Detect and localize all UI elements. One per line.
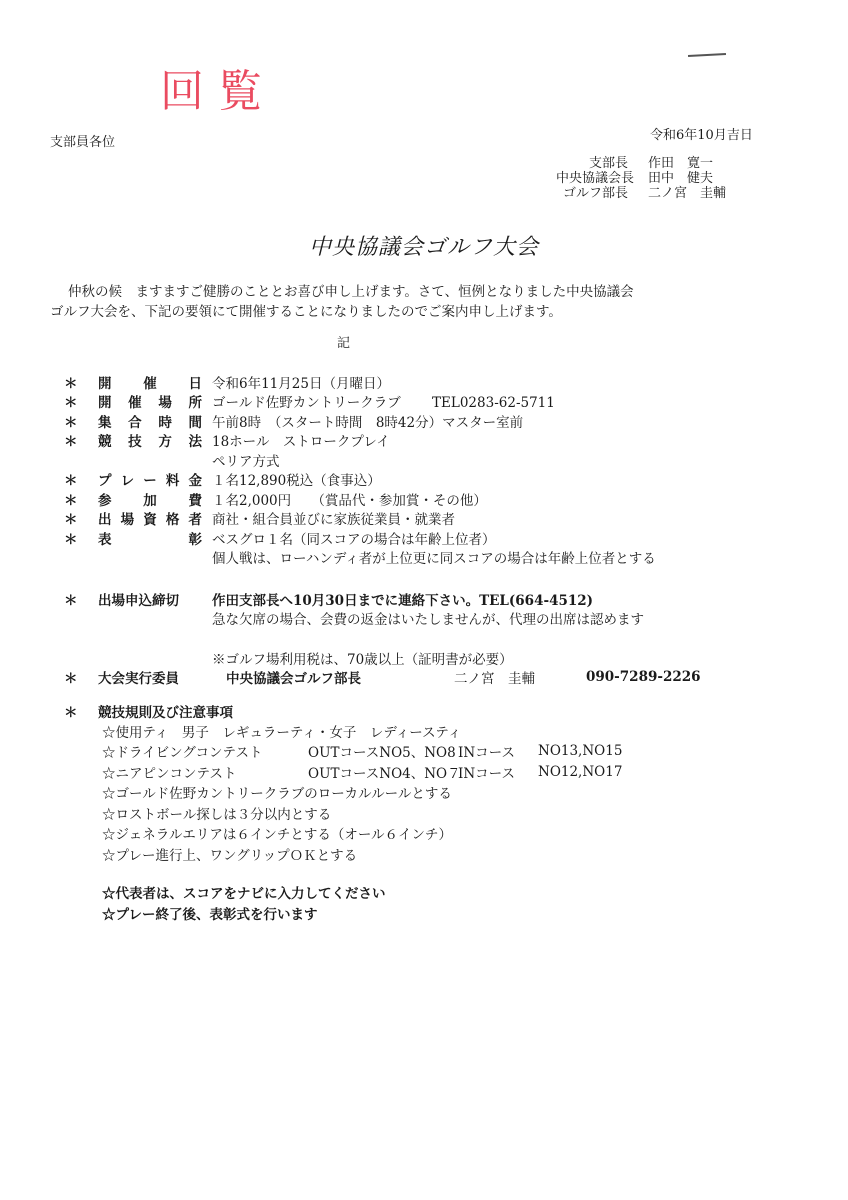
rule-item: ☆使用ティ 男子 レギュラーティ・女子 レディースティ xyxy=(102,721,701,742)
detail-row-format-cont: ペリア方式 xyxy=(64,450,701,470)
pen-mark xyxy=(688,53,726,57)
rule-item: ☆ロストボール探しは３分以内とする xyxy=(102,803,701,824)
detail-row-eligibility: ＊ 出場資格者 商社・組合員並びに家族従業員・就業者 xyxy=(64,509,701,529)
detail-label: 出場資格者 xyxy=(98,508,202,528)
detail-value: ゴールド佐野カントリークラブ TEL0283-62-5711 xyxy=(212,391,555,411)
asterisk-marker: ＊ xyxy=(64,667,98,687)
detail-value: 18ホール ストロークプレイ xyxy=(212,430,390,450)
closing-notes: ☆代表者は、スコアをナビに入力してください ☆プレー終了後、表彰式を行います xyxy=(64,882,701,923)
detail-row-date: ＊ 開催日 令和6年11月25日（月曜日） xyxy=(64,372,701,392)
asterisk-marker: ＊ xyxy=(64,372,98,392)
rule-item: ☆ジェネラルエリアは６インチとする（オール６インチ） xyxy=(102,823,701,844)
detail-label: 競技方法 xyxy=(98,430,202,450)
detail-label: 開催場所 xyxy=(98,391,202,411)
detail-row-committee: ＊ 大会実行委員 中央協議会ゴルフ部長 二ノ宮 圭輔 090-7289-2226 xyxy=(64,668,701,688)
detail-label: 参加費 xyxy=(98,489,202,509)
circulation-stamp: 回覧 xyxy=(160,55,276,119)
rules-heading: 競技規則及び注意事項 xyxy=(98,701,233,721)
detail-row-venue: ＊ 開催場所 ゴールド佐野カントリークラブ TEL0283-62-5711 xyxy=(64,392,701,412)
signer-name: 作田 寛一 xyxy=(648,156,713,171)
detail-label: プレー料金 xyxy=(98,469,202,489)
asterisk-marker: ＊ xyxy=(64,430,98,450)
rules-list: ☆使用ティ 男子 レギュラーティ・女子 レディースティ ☆ドライビングコンテスト… xyxy=(64,721,701,865)
detail-value: １名2,000円 （賞品代・参加賞・その他） xyxy=(212,489,487,509)
note-item: ☆プレー終了後、表彰式を行います xyxy=(102,903,701,924)
detail-row-entry-fee: ＊ 参加費 １名2,000円 （賞品代・参加賞・その他） xyxy=(64,489,701,509)
detail-row-deadline-cont: 急な欠席の場合、会費の返金はいたしませんが、代理の出席は認めます xyxy=(64,609,701,629)
signers: 支部長 作田 寛一 中央協議会長 田中 健夫 ゴルフ部長 二ノ宮 圭輔 xyxy=(556,156,726,201)
rules-heading-row: ＊ 競技規則及び注意事項 xyxy=(64,701,701,721)
committee-phone: 090-7289-2226 xyxy=(586,669,701,685)
signer-name: 二ノ宮 圭輔 xyxy=(648,186,726,201)
asterisk-marker: ＊ xyxy=(64,701,98,721)
asterisk-marker: ＊ xyxy=(64,391,98,411)
asterisk-marker: ＊ xyxy=(64,508,98,528)
committee-role: 中央協議会ゴルフ部長 xyxy=(212,667,454,687)
detail-row-format: ＊ 競技方法 18ホール ストロークプレイ xyxy=(64,431,701,451)
detail-row-awards-cont: 個人戦は、ローハンディ者が上位更に同スコアの場合は年齢上位者とする xyxy=(64,548,701,568)
tax-note: ※ゴルフ場利用税は、70歳以上（証明書が必要） xyxy=(212,648,513,668)
rule-item: ☆ゴールド佐野カントリークラブのローカルルールとする xyxy=(102,782,701,803)
event-details: ＊ 開催日 令和6年11月25日（月曜日） ＊ 開催場所 ゴールド佐野カントリー… xyxy=(64,372,701,923)
document-title: 中央協議会ゴルフ大会 xyxy=(0,230,848,261)
document-date: 令和6年10月吉日 xyxy=(650,124,753,143)
signer-row: 支部長 作田 寛一 xyxy=(556,156,726,171)
intro-paragraph: 仲秋の候 ますますご健勝のこととお喜び申し上げます。さて、恒例となりました中央協… xyxy=(50,282,634,322)
detail-row-meeting-time: ＊ 集合時間 午前8時 （スタート時間 8時42分）マスター室前 xyxy=(64,411,701,431)
rule-item-driving-contest: ☆ドライビングコンテスト OUTコースNO5、NO8 INコース NO13,NO… xyxy=(102,741,701,762)
detail-row-play-fee: ＊ プレー料金 １名12,890税込（食事込） xyxy=(64,470,701,490)
note-item: ☆代表者は、スコアをナビに入力してください xyxy=(102,882,701,903)
detail-label: 表彰 xyxy=(98,528,202,548)
tax-note-row: ※ゴルフ場利用税は、70歳以上（証明書が必要） xyxy=(64,648,701,668)
asterisk-marker: ＊ xyxy=(64,589,98,609)
ki-heading: 記 xyxy=(337,332,350,351)
intro-line-2: ゴルフ大会を、下記の要領にて開催することになりましたのでご案内申し上げます。 xyxy=(50,302,634,322)
detail-value: 作田支部長へ10月30日までに連絡下さい。TEL(664-4512) xyxy=(212,589,593,609)
rule-item: ☆プレー進行上、ワングリップＯＫとする xyxy=(102,844,701,865)
detail-value: 午前8時 （スタート時間 8時42分）マスター室前 xyxy=(212,411,523,431)
detail-value: １名12,890税込（食事込） xyxy=(212,469,381,489)
detail-row-awards: ＊ 表彰 ベスグロ１名（同スコアの場合は年齢上位者） xyxy=(64,528,701,548)
detail-label: 大会実行委員 xyxy=(98,667,202,687)
detail-value: 令和6年11月25日（月曜日） xyxy=(212,372,390,392)
asterisk-marker: ＊ xyxy=(64,528,98,548)
detail-value: 個人戦は、ローハンディ者が上位更に同スコアの場合は年齢上位者とする xyxy=(212,547,656,567)
detail-label: 出場申込締切 xyxy=(98,589,202,609)
asterisk-marker: ＊ xyxy=(64,411,98,431)
detail-value: 急な欠席の場合、会費の返金はいたしませんが、代理の出席は認めます xyxy=(212,608,644,628)
asterisk-marker: ＊ xyxy=(64,489,98,509)
signer-row: ゴルフ部長 二ノ宮 圭輔 xyxy=(556,186,726,201)
detail-row-deadline: ＊ 出場申込締切 作田支部長へ10月30日までに連絡下さい。TEL(664-45… xyxy=(64,589,701,609)
signer-title: 支部長 xyxy=(556,156,648,171)
detail-value: ベスグロ１名（同スコアの場合は年齢上位者） xyxy=(212,528,496,548)
signer-name: 田中 健夫 xyxy=(648,171,713,186)
intro-line-1: 仲秋の候 ますますご健勝のこととお喜び申し上げます。さて、恒例となりました中央協… xyxy=(50,282,634,302)
detail-label: 集合時間 xyxy=(98,411,202,431)
signer-row: 中央協議会長 田中 健夫 xyxy=(556,171,726,186)
detail-value: 商社・組合員並びに家族従業員・就業者 xyxy=(212,508,455,528)
committee-name: 二ノ宮 圭輔 xyxy=(454,667,586,687)
asterisk-marker: ＊ xyxy=(64,469,98,489)
signer-title: 中央協議会長 xyxy=(556,171,648,186)
signer-title: ゴルフ部長 xyxy=(556,186,648,201)
detail-value: ペリア方式 xyxy=(212,450,280,470)
detail-label: 開催日 xyxy=(98,372,202,392)
rule-item-nearpin-contest: ☆ニアピンコンテスト OUTコースNO4、NO７ INコース NO12,NO17 xyxy=(102,762,701,783)
addressee: 支部員各位 xyxy=(50,131,115,150)
